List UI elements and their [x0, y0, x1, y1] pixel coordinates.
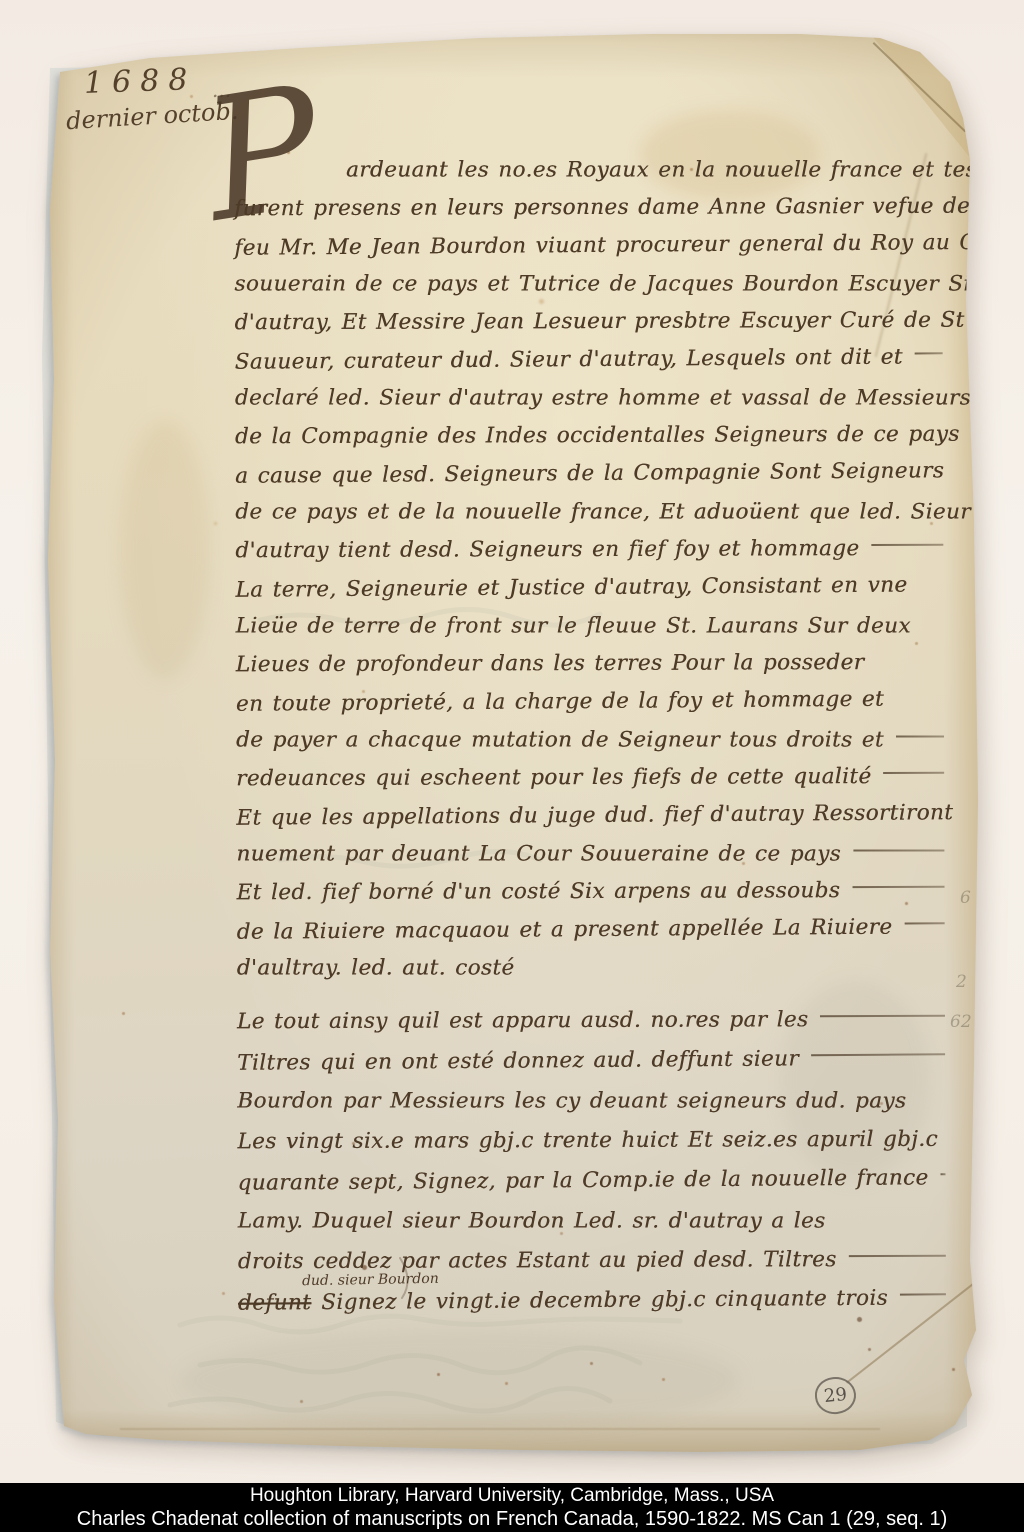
manuscript-line: Bourdon par Messieurs les cy deuant seig…: [237, 1080, 949, 1120]
manuscript-line: de ce pays et de la nouuelle france, Et …: [235, 493, 947, 531]
foxing-spots: [0, 0, 3, 3]
manuscript-line: ardeuant les no.es Royaux en la nouuelle…: [234, 151, 946, 189]
manuscript-line: Le tout ainsy quil est apparu ausd. no.r…: [237, 999, 949, 1041]
caption-collection-line: Charles Chadenat collection of manuscrip…: [77, 1507, 948, 1531]
manuscript-line: Sauueur, curateur dud. Sieur d'autray, L…: [235, 337, 947, 381]
manuscript-line: de payer a chacque mutation de Seigneur …: [236, 721, 948, 759]
manuscript-line: a cause que lesd. Seigneurs de la Compag…: [235, 451, 947, 495]
manuscript-line: declaré led. Sieur d'autray estre homme …: [235, 379, 947, 417]
struck-word: defunt: [238, 1290, 311, 1316]
manuscript-line: La terre, Seigneurie et Justice d'autray…: [235, 565, 947, 609]
manuscript-line: Et que les appellations du juge dud. fie…: [236, 793, 948, 837]
manuscript-line: Et led. fief borné d'un costé Six arpens…: [236, 871, 948, 911]
manuscript-photo-viewer: 1688 ... dernier octob. P ardeuant les n…: [0, 0, 1024, 1532]
bleed-through-digit: 6: [960, 888, 971, 908]
manuscript-line: nuement par deuant La Cour Souueraine de…: [236, 834, 948, 872]
manuscript-line: redeuances qui escheent pour les fiefs d…: [236, 757, 948, 797]
manuscript-line: Lieüe de terre de front sur le fleuue St…: [236, 607, 948, 645]
manuscript-line: Les vingt six.e mars gbj.c trente huict …: [237, 1119, 949, 1161]
manuscript-page: 1688 ... dernier octob. P ardeuant les n…: [0, 0, 1024, 1532]
manuscript-line: Lamy. Duquel sieur Bourdon Led. sr. d'au…: [238, 1200, 950, 1240]
manuscript-line: d'autray tient desd. Seigneurs en fief f…: [235, 529, 947, 569]
bleed-through-digit: 2: [956, 972, 967, 992]
manuscript-line: d'aultray. led. aut. costé: [237, 948, 949, 986]
manuscript-line: en toute proprieté, a la charge de la fo…: [236, 679, 948, 723]
bleed-through-digit: 62: [950, 1012, 972, 1032]
final-line-text: Signez le vingt.ie decembre gbj.c cinqua…: [321, 1285, 888, 1314]
manuscript-line: feu Mr. Me Jean Bourdon viuant procureur…: [234, 223, 946, 267]
manuscript-line: Lieues de profondeur dans les terres Pou…: [236, 643, 948, 683]
caption-repository-line: Houghton Library, Harvard University, Ca…: [250, 1484, 774, 1507]
manuscript-text-block: ardeuant les no.es Royaux en la nouuelle…: [234, 149, 950, 1321]
interline-insertion: dud. sieur Bourdon: [302, 1271, 439, 1289]
manuscript-line: furent presens en leurs personnes dame A…: [234, 187, 946, 227]
manuscript-line: Tiltres qui en ont esté donnez aud. deff…: [237, 1037, 949, 1083]
manuscript-line: quarante sept, Signez, par la Comp.ie de…: [237, 1157, 949, 1203]
page-number: 29: [823, 1384, 848, 1407]
caption-bar: Houghton Library, Harvard University, Ca…: [0, 1483, 1024, 1532]
year-annotation: 1688: [83, 62, 197, 101]
manuscript-line: d'autray, Et Messire Jean Lesueur presbt…: [234, 301, 946, 341]
manuscript-line: de la Riuiere macquaou et a present appe…: [237, 907, 949, 951]
manuscript-line: de la Compagnie des Indes occidentalles …: [235, 415, 947, 455]
manuscript-line: souuerain de ce pays et Tutrice de Jacqu…: [234, 265, 946, 303]
